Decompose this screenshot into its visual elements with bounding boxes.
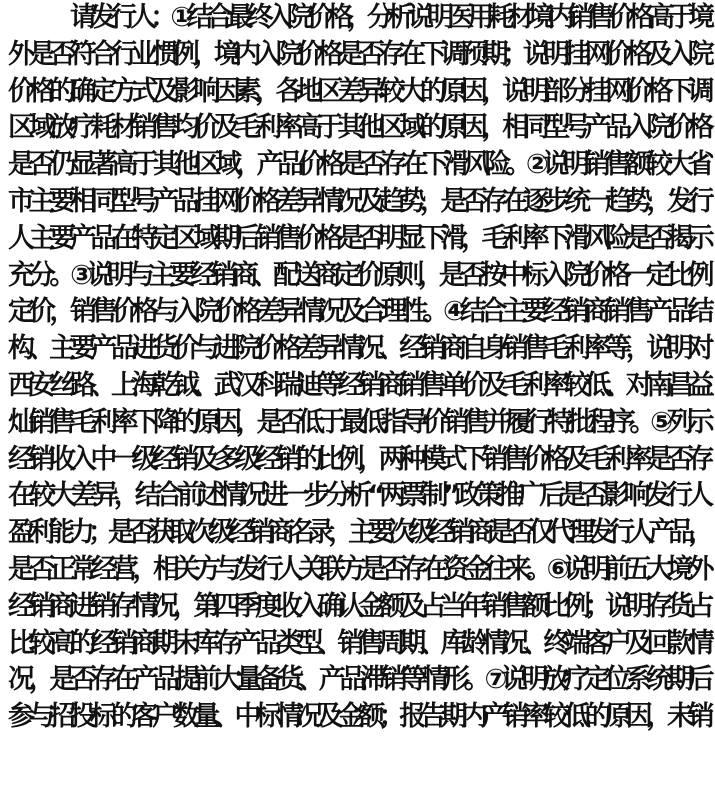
line-text: 比较高的经销商期末库存产品类型、销售周期、库龄情况、终端客户及回款情 <box>8 628 708 659</box>
paragraph-line: 人主要产品在特定区域期后销售价格是否明显下滑，毛利率下滑风险是否揭示 <box>8 221 708 258</box>
line-text: 定价，销售价格与入院价格差异情况及合理性。④结合主要经销商销售产品结 <box>8 296 708 327</box>
paragraph-line: 是否正常经营，相关方与发行人关联方是否存在资金往来。⑥说明前五大境外 <box>8 552 708 589</box>
line-text: 经销收入中一级经销及多级经销的比例，两种模式下销售价格及毛利率是否存 <box>8 444 708 475</box>
paragraph-line: 盈利能力；是否获取次级经销商名录，主要次级经销商是否仅代理发行人产品， <box>8 515 708 552</box>
line-text: 构、主要产品进货价与进院价格差异情况、经销商自身销售毛利率等，说明对 <box>8 333 708 364</box>
paragraph-line: 参与招投标的客户数量、中标情况及金额；报告期内产销率较低的原因，未销 <box>8 699 708 736</box>
line-text: 区域放疗耗材销售均价及毛利率高于其他区域的原因，相同型号产品入院价格 <box>8 112 708 143</box>
line-text: 是否正常经营，相关方与发行人关联方是否存在资金往来。⑥说明前五大境外 <box>8 554 708 585</box>
paragraph-line: 定价，销售价格与入院价格差异情况及合理性。④结合主要经销商销售产品结 <box>8 294 708 331</box>
line-text: 经销商进销存情况，第四季度收入确认金额及占当年销售额比例；说明存货占 <box>8 591 708 622</box>
paragraph-line: 况，是否存在产品提前大量备货、产品滞销等情形。⑦说明放疗定位系统期后 <box>8 662 708 699</box>
paragraph-line: 经销商进销存情况，第四季度收入确认金额及占当年销售额比例；说明存货占 <box>8 589 708 626</box>
line-text: 况，是否存在产品提前大量备货、产品滞销等情形。⑦说明放疗定位系统期后 <box>8 664 708 695</box>
paragraph-line: 是否仍显著高于其他区域，产品价格是否存在下滑风险。②说明销售额较大省 <box>8 147 708 184</box>
paragraph-line: 价格的确定方式及影响因素，各地区差异较大的原因，说明部分挂网价格下调 <box>8 74 708 111</box>
paragraph-line: 外是否符合行业惯例，境内入院价格是否存在下调预期；说明挂网价格及入院 <box>8 37 708 74</box>
line-text: 盈利能力；是否获取次级经销商名录，主要次级经销商是否仅代理发行人产品， <box>8 517 708 548</box>
paragraph-line: 区域放疗耗材销售均价及毛利率高于其他区域的原因，相同型号产品入院价格 <box>8 110 708 147</box>
line-text: 请发行人：①结合最终入院价格，分析说明医用耗材境内销售价格高于境 <box>70 2 708 33</box>
line-text: 市主要相同型号产品挂网价格差异情况及趋势，是否存在逐步统一趋势，发行 <box>8 186 708 217</box>
document-page: 请发行人：①结合最终入院价格，分析说明医用耗材境内销售价格高于境 外是否符合行业… <box>8 0 708 736</box>
line-text: 在较大差异，结合前述情况进一步分析“两票制”政策推广后是否影响发行人 <box>8 480 708 511</box>
line-text: 西安丝路、上海乾钺、武汉科瑞迪等经销商销售单价及毛利率较低、对南昌益 <box>8 370 708 401</box>
paragraph-line: 在较大差异，结合前述情况进一步分析“两票制”政策推广后是否影响发行人 <box>8 478 708 515</box>
line-text: 价格的确定方式及影响因素，各地区差异较大的原因，说明部分挂网价格下调 <box>8 76 708 107</box>
paragraph-line: 经销收入中一级经销及多级经销的比例，两种模式下销售价格及毛利率是否存 <box>8 442 708 479</box>
line-text: 人主要产品在特定区域期后销售价格是否明显下滑，毛利率下滑风险是否揭示 <box>8 223 708 254</box>
line-text: 参与招投标的客户数量、中标情况及金额；报告期内产销率较低的原因，未销 <box>8 701 708 732</box>
paragraph-line: 市主要相同型号产品挂网价格差异情况及趋势，是否存在逐步统一趋势，发行 <box>8 184 708 221</box>
paragraph-line: 比较高的经销商期末库存产品类型、销售周期、库龄情况、终端客户及回款情 <box>8 626 708 663</box>
paragraph-line: 充分。③说明与主要经销商、配送商定价原则，是否按中标入院价格一定比例 <box>8 258 708 295</box>
line-text: 充分。③说明与主要经销商、配送商定价原则，是否按中标入院价格一定比例 <box>8 260 708 291</box>
line-text: 是否仍显著高于其他区域，产品价格是否存在下滑风险。②说明销售额较大省 <box>8 149 708 180</box>
line-text: 灿销售毛利率下降的原因，是否低于最低指导价销售并履行特批程序。⑤列示 <box>8 407 708 438</box>
paragraph-line: 请发行人：①结合最终入院价格，分析说明医用耗材境内销售价格高于境 <box>8 0 708 37</box>
line-text: 外是否符合行业惯例，境内入院价格是否存在下调预期；说明挂网价格及入院 <box>8 39 708 70</box>
paragraph-line: 西安丝路、上海乾钺、武汉科瑞迪等经销商销售单价及毛利率较低、对南昌益 <box>8 368 708 405</box>
paragraph-line: 灿销售毛利率下降的原因，是否低于最低指导价销售并履行特批程序。⑤列示 <box>8 405 708 442</box>
paragraph-line: 构、主要产品进货价与进院价格差异情况、经销商自身销售毛利率等，说明对 <box>8 331 708 368</box>
